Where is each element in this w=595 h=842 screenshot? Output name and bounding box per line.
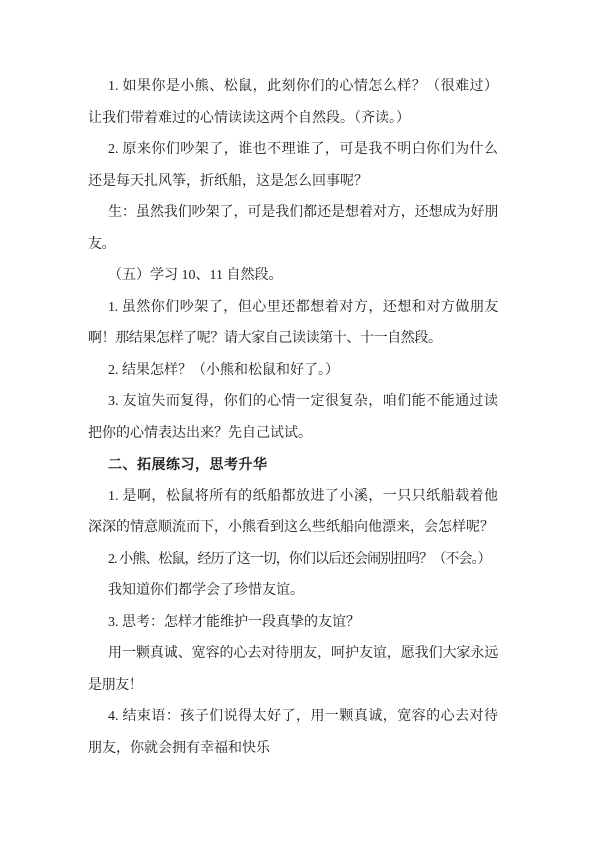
paragraph-11: 3. 思考：怎样才能维护一段真挚的友谊？ — [88, 607, 498, 639]
paragraph-5: 1. 虽然你们吵架了，但心里还都想着对方，还想和对方做朋友啊！那结果怎样了呢？请… — [88, 292, 498, 355]
paragraph-10: 我知道你们都学会了珍惜友谊。 — [88, 575, 498, 607]
paragraph-3: 生：虽然我们吵架了，可是我们都还是想着对方，还想成为好朋友。 — [88, 197, 498, 260]
document-body: 1. 如果你是小熊、松鼠，此刻你们的心情怎么样？（很难过）让我们带着难过的心情读… — [88, 71, 498, 764]
paragraph-6: 2. 结果怎样？（小熊和松鼠和好了。） — [88, 355, 498, 387]
paragraph-4: （五）学习 10、11 自然段。 — [88, 260, 498, 292]
document-page: 1. 如果你是小熊、松鼠，此刻你们的心情怎么样？（很难过）让我们带着难过的心情读… — [0, 0, 595, 842]
paragraph-13: 4. 结束语：孩子们说得太好了，用一颗真诚，宽容的心去对待朋友，你就会拥有幸福和… — [88, 701, 498, 764]
paragraph-8: 1. 是啊，松鼠将所有的纸船都放进了小溪，一只只纸船载着他深深的情意顺流而下，小… — [88, 481, 498, 544]
section-heading: 二、拓展练习，思考升华 — [88, 449, 498, 481]
paragraph-2: 2. 原来你们吵架了，谁也不理谁了，可是我不明白你们为什么还是每天扎风筝，折纸船… — [88, 134, 498, 197]
paragraph-12: 用一颗真诚、宽容的心去对待朋友，呵护友谊，愿我们大家永远是朋友！ — [88, 638, 498, 701]
paragraph-7: 3. 友谊失而复得，你们的心情一定很复杂，咱们能不能通过读把你的心情表达出来？先… — [88, 386, 498, 449]
paragraph-1: 1. 如果你是小熊、松鼠，此刻你们的心情怎么样？（很难过）让我们带着难过的心情读… — [88, 71, 498, 134]
paragraph-9: 2. 小熊、松鼠，经历了这一切，你们以后还会闹别扭吗？（不会。） — [88, 544, 498, 576]
